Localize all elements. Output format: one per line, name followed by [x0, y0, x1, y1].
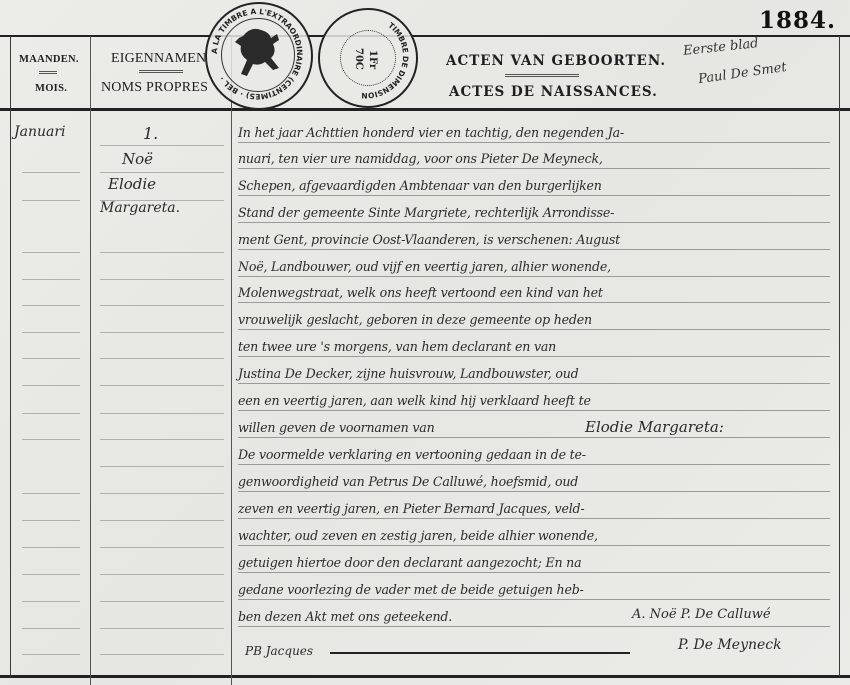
entry-text-line: een en veertig jaren, aan welk kind hij …: [238, 393, 591, 408]
text-rule: [238, 329, 830, 330]
signature-left: PB Jacques: [245, 644, 313, 658]
entry-given-names-inline: Elodie Margareta:: [585, 418, 724, 436]
entry-text-line: Justina De Decker, zijne huisvrouw, Land…: [238, 366, 579, 381]
stamp-ring-text: A LA TIMBRE A L'EXTRAORDINAIRE (CENTIMES…: [205, 2, 309, 106]
entry-text-line: nuari, ten vier ure namiddag, voor ons P…: [238, 151, 603, 166]
months-rule: [22, 547, 80, 548]
entry-text-line: zeven en veertig jaren, en Pieter Bernar…: [238, 501, 584, 516]
svg-text:A LA TIMBRE A L'EXTRAORDINAIRE: A LA TIMBRE A L'EXTRAORDINAIRE (CENTIMES…: [210, 7, 304, 101]
names-rule: [100, 601, 224, 602]
names-rule: [100, 332, 224, 333]
names-rule: [100, 279, 224, 280]
entry-text-line: Molenwegstraat, welk ons heeft vertoond …: [238, 285, 603, 300]
entry-text-line: In het jaar Achttien honderd vier en tac…: [238, 125, 624, 140]
months-rule: [22, 520, 80, 521]
names-rule: [100, 358, 224, 359]
months-rule: [22, 252, 80, 253]
names-rule: [100, 493, 224, 494]
entry-text-line: ben dezen Akt met ons geteekend.: [238, 609, 452, 624]
months-rule: [22, 332, 80, 333]
text-rule: [238, 491, 830, 492]
entry-text-line: wachter, oud zeven en zestig jaren, beid…: [238, 528, 598, 543]
entry-surname: Noë: [122, 150, 153, 168]
entry-text-line: Schepen, afgevaardigden Ambtenaar van de…: [238, 178, 602, 193]
column-divider-months: [90, 36, 91, 685]
text-rule: [238, 302, 830, 303]
header-months-separator: [39, 71, 57, 74]
text-rule: [238, 222, 830, 223]
column-divider-names: [231, 36, 232, 685]
header-names-fr: NOMS PROPRES: [101, 80, 208, 96]
entry-text-line: ment Gent, provincie Oost-Vlaanderen, is…: [238, 232, 620, 247]
text-rule: [238, 599, 830, 600]
months-rule: [22, 385, 80, 386]
entry-text-line: De voormelde verklaring en vertooning ge…: [238, 447, 586, 462]
names-rule: [100, 385, 224, 386]
entry-text-line: ten twee ure 's morgens, van hem declara…: [238, 339, 556, 354]
svg-text:1Fr: 1Fr: [367, 50, 378, 70]
months-rule: [22, 439, 80, 440]
names-rule: [100, 172, 224, 173]
header-months-fr: MOIS.: [35, 83, 67, 94]
header-names-nl: EIGENNAMEN: [111, 51, 206, 67]
names-rule: [100, 520, 224, 521]
header-months-nl: MAANDEN.: [19, 54, 79, 65]
entry-given-name-2: Margareta.: [100, 200, 180, 216]
months-rule: [22, 493, 80, 494]
names-rule: [100, 654, 224, 655]
entry-text-line: willen geven de voornamen van: [238, 420, 435, 435]
signature-witnesses-inline: A. Noë P. De Calluwé: [632, 607, 771, 622]
dimension-stamp: TIMBRE DE DIMENSION 1Fr 70C: [318, 8, 418, 108]
register-year: 1884.: [759, 7, 836, 34]
months-rule: [22, 628, 80, 629]
header-names-separator: [139, 70, 183, 73]
months-rule: [22, 305, 80, 306]
header-acts-separator: [505, 74, 579, 77]
names-rule: [100, 305, 224, 306]
months-rule: [22, 413, 80, 414]
months-rule: [22, 601, 80, 602]
entry-text-line: Stand der gemeente Sinte Margriete, rech…: [238, 205, 614, 220]
text-rule: [238, 249, 830, 250]
entry-text-line: Noë, Landbouwer, oud vijf en veertig jar…: [238, 259, 611, 274]
names-rule: [100, 439, 224, 440]
text-rule: [238, 276, 830, 277]
entry-number: 1.: [143, 124, 158, 143]
stamp-ring-text: TIMBRE DE DIMENSION 1Fr 70C: [318, 8, 414, 104]
names-rule: [100, 413, 224, 414]
names-rule: [100, 574, 224, 575]
svg-text:70C: 70C: [353, 48, 364, 70]
signature-right: P. De Meyneck: [678, 637, 782, 653]
header-acts-fr: ACTES DE NAISSANCES.: [449, 84, 658, 100]
months-rule: [22, 654, 80, 655]
text-rule: [238, 545, 830, 546]
text-rule: [238, 383, 830, 384]
names-rule: [100, 466, 224, 467]
months-rule: [22, 574, 80, 575]
text-rule: [238, 168, 830, 169]
names-rule: [100, 145, 224, 146]
entry-month: Januari: [14, 124, 66, 140]
entry-text-line: getuigen hiertoe door den declarant aang…: [238, 555, 581, 570]
months-rule: [22, 200, 80, 201]
text-rule: [238, 356, 830, 357]
text-rule: [238, 437, 830, 438]
entry-given-name-1: Elodie: [108, 175, 156, 193]
names-rule: [100, 547, 224, 548]
entry-text-line: gedane voorlezing de vader met de beide …: [238, 582, 584, 597]
entry-text-line: genwoordigheid van Petrus De Calluwé, ho…: [238, 474, 578, 489]
text-rule: [238, 464, 830, 465]
extraordinary-stamp: A LA TIMBRE A L'EXTRAORDINAIRE (CENTIMES…: [205, 2, 313, 110]
months-rule: [22, 358, 80, 359]
header-acts-nl: ACTEN VAN GEBOORTEN.: [446, 53, 666, 69]
names-rule: [100, 628, 224, 629]
text-rule: [238, 572, 830, 573]
register-page: 1884. MAANDEN. MOIS. EIGENNAMEN NOMS PRO…: [0, 0, 850, 685]
text-rule: [238, 195, 830, 196]
names-rule: [100, 252, 224, 253]
signature-line: [330, 652, 630, 654]
text-rule: [238, 410, 830, 411]
text-rule: [238, 142, 830, 143]
months-rule: [22, 279, 80, 280]
entry-text-line: vrouwelijk geslacht, geboren in deze gem…: [238, 312, 592, 327]
text-rule: [238, 626, 830, 627]
months-rule: [22, 172, 80, 173]
text-rule: [238, 518, 830, 519]
